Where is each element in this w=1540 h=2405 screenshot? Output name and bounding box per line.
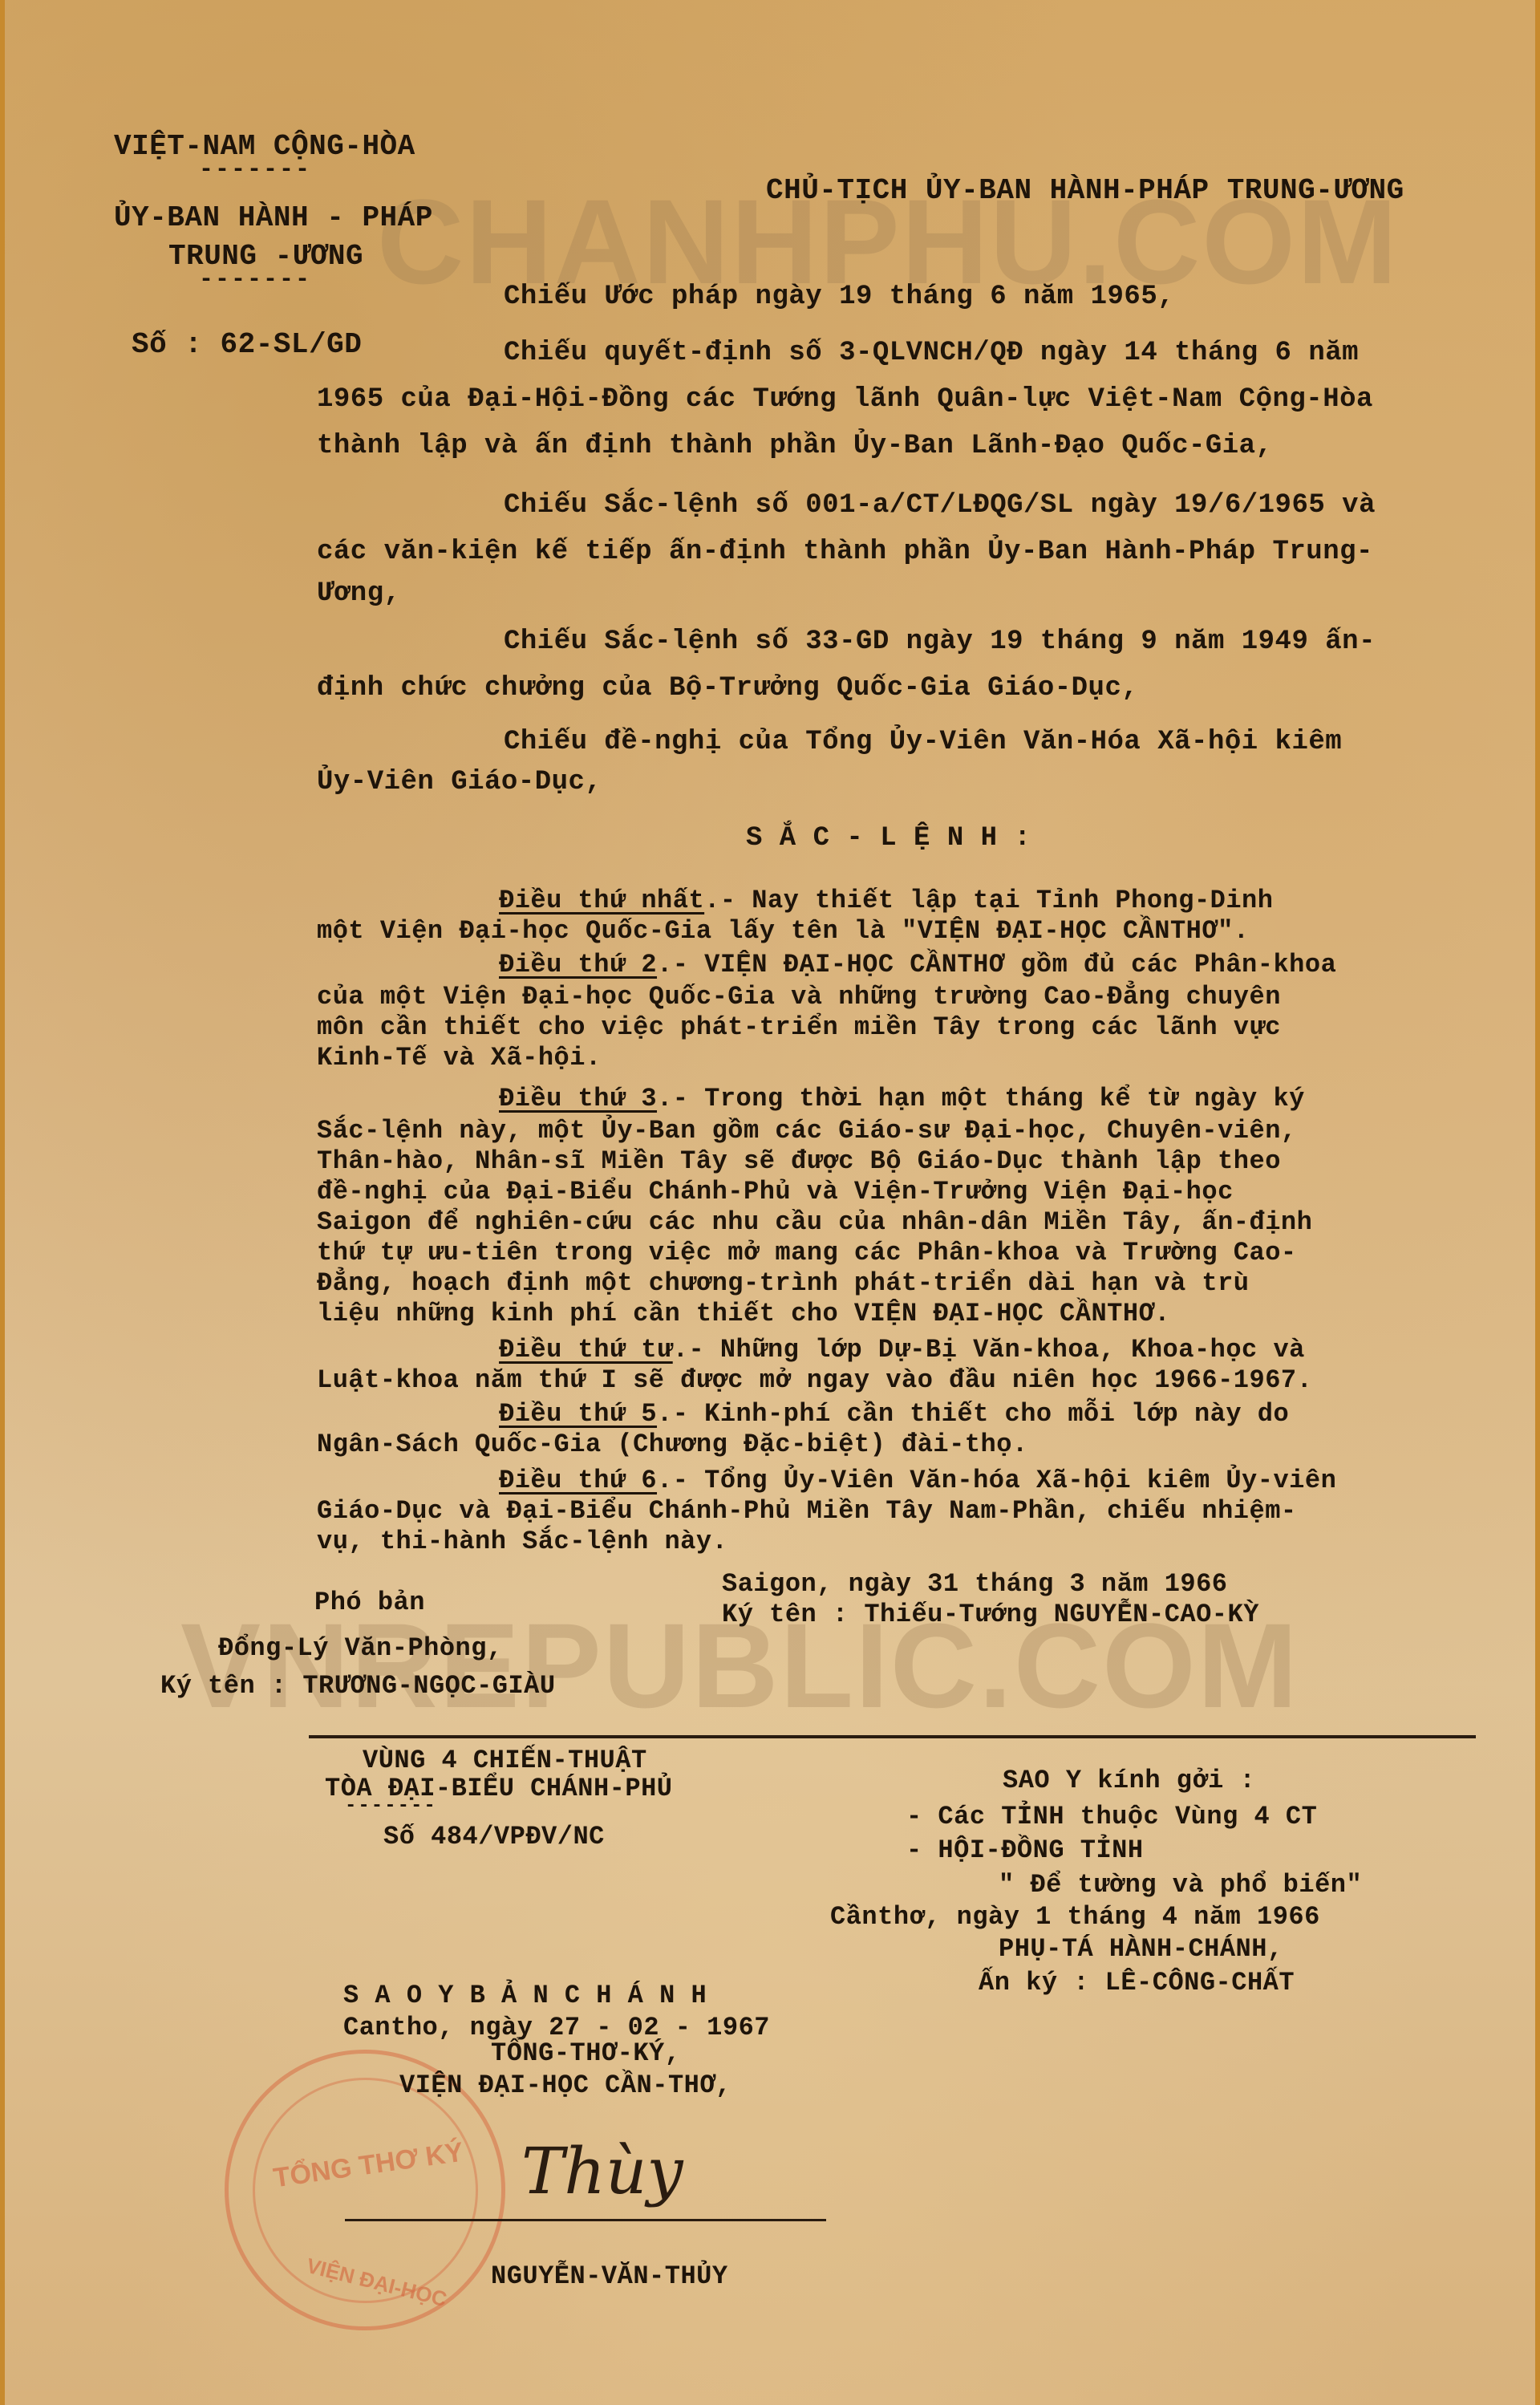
- article-line: thứ tự ưu-tiên trong việc mở mang các Ph…: [317, 1239, 1297, 1267]
- preamble-line: Ương,: [317, 578, 401, 610]
- preamble-line: Chiếu Ước pháp ngày 19 tháng 6 năm 1965,: [504, 281, 1174, 313]
- article-line: Sắc-lệnh này, một Ủy-Ban gồm các Giáo-sư…: [317, 1117, 1297, 1146]
- article-line: Thân-hào, Nhân-sĩ Miền Tây sẽ được Bộ Gi…: [317, 1147, 1281, 1176]
- regional-divider: -------: [345, 1795, 437, 1817]
- article-6-label: Điều thứ 6: [499, 1466, 657, 1495]
- copy-to-title: SAO Y kính gởi :: [1003, 1765, 1255, 1797]
- signing-place-date: Saigon, ngày 31 tháng 3 năm 1966: [722, 1568, 1228, 1600]
- decree-heading: S Ắ C - L Ệ N H :: [746, 822, 1031, 854]
- header-divider-1: -------: [199, 156, 311, 184]
- article-line: Giáo-Dục và Đại-Biểu Chánh-Phủ Miền Tây …: [317, 1497, 1297, 1526]
- article-line: của một Viện Đại-học Quốc-Gia và những t…: [317, 983, 1281, 1012]
- preamble-line: định chức chưởng của Bộ-Trưởng Quốc-Gia …: [317, 672, 1138, 704]
- signing-signed-by: Ký tên : Thiếu-Tướng NGUYỄN-CAO-KỲ: [722, 1599, 1259, 1631]
- certified-signer-name: NGUYỄN-VĂN-THỦY: [491, 2261, 728, 2293]
- article-line: Luật-khoa năm thứ I sẽ được mở ngay vào …: [317, 1366, 1312, 1395]
- preamble-line: Ủy-Viên Giáo-Dục,: [317, 766, 602, 798]
- header-divider-2: -------: [199, 266, 311, 294]
- preamble-line: 1965 của Đại-Hội-Đồng các Tướng lãnh Quâ…: [317, 383, 1373, 416]
- signature-line: [345, 2219, 826, 2221]
- article-line: Đẳng, hoạch định một chương-trình phát-t…: [317, 1269, 1249, 1298]
- regional-place-date: Cầnthơ, ngày 1 tháng 4 năm 1966: [830, 1901, 1320, 1933]
- preamble-line: thành lập và ấn định thành phần Ủy-Ban L…: [317, 430, 1273, 462]
- article-line: một Viện Đại-học Quốc-Gia lấy tên là "VI…: [317, 917, 1249, 946]
- header-agency-line1: ỦY-BAN HÀNH - PHÁP: [114, 202, 433, 234]
- recipient: - HỘI-ĐỒNG TỈNH: [906, 1835, 1144, 1867]
- article-line: liệu những kinh phí cần thiết cho VIỆN Đ…: [317, 1300, 1170, 1328]
- preamble-line: Chiếu đề-nghị của Tổng Ủy-Viên Văn-Hóa X…: [504, 726, 1342, 758]
- certified-institution: VIỆN ĐẠI-HỌC CẦN-THƠ,: [399, 2070, 731, 2102]
- copy-label: Phó bản: [314, 1587, 425, 1619]
- article-2-label: Điều thứ 2: [499, 950, 657, 979]
- certified-copy-title: S A O Y B Ả N C H Á N H: [343, 1980, 707, 2012]
- preamble-line: Chiếu quyết-định số 3-QLVNCH/QĐ ngày 14 …: [504, 337, 1359, 369]
- regional-number: Số 484/VPĐV/NC: [383, 1821, 605, 1853]
- preamble-line: Chiếu Sắc-lệnh số 001-a/CT/LĐQG/SL ngày …: [504, 489, 1376, 521]
- article-3-label: Điều thứ 3: [499, 1084, 657, 1113]
- regional-line1: VÙNG 4 CHIẾN-THUẬT: [363, 1745, 647, 1777]
- handwritten-signature: Thùy: [521, 2134, 683, 2208]
- article-3: Điều thứ 3.- Trong thời hạn một tháng kể…: [499, 1085, 1305, 1113]
- article-1-label: Điều thứ nhất: [499, 886, 704, 915]
- article-line: môn cần thiết cho việc phát-triển miền T…: [317, 1013, 1281, 1042]
- article-4: Điều thứ tư.- Những lớp Dự-Bị Văn-khoa, …: [499, 1336, 1305, 1365]
- preamble-line: Chiếu Sắc-lệnh số 33-GD ngày 19 tháng 9 …: [504, 626, 1376, 658]
- copy-note: " Để tường và phổ biến": [999, 1869, 1362, 1901]
- issuer-title: CHỦ-TỊCH ỦY-BAN HÀNH-PHÁP TRUNG-ƯƠNG: [766, 175, 1404, 207]
- copy-office: Đổng-Lý Văn-Phòng,: [218, 1632, 503, 1665]
- article-line: đề-nghị của Đại-Biểu Chánh-Phủ và Viện-T…: [317, 1178, 1234, 1207]
- certified-position: TỔNG-THƠ-KÝ,: [491, 2038, 680, 2070]
- article-4-label: Điều thứ tư: [499, 1335, 673, 1365]
- regional-signed: Ấn ký : LÊ-CÔNG-CHẤT: [979, 1967, 1295, 1999]
- preamble-line: các văn-kiện kế tiếp ấn-định thành phần …: [317, 536, 1373, 568]
- article-2: Điều thứ 2.- VIỆN ĐẠI-HỌC CẦNTHƠ gồm đủ …: [499, 951, 1336, 979]
- section-divider: [309, 1735, 1476, 1738]
- document-number: Số : 62-SL/GD: [132, 329, 362, 361]
- recipient: - Các TỈNH thuộc Vùng 4 CT: [906, 1801, 1317, 1833]
- paper-edge-right: [1535, 0, 1540, 2405]
- article-line: Saigon để nghiên-cứu các nhu cầu của nhâ…: [317, 1208, 1312, 1237]
- article-line: Ngân-Sách Quốc-Gia (Chương Đặc-biệt) đài…: [317, 1430, 1028, 1459]
- article-line: Kinh-Tế và Xã-hội.: [317, 1044, 602, 1073]
- article-6: Điều thứ 6.- Tổng Ủy-Viên Văn-hóa Xã-hội…: [499, 1466, 1336, 1495]
- article-5: Điều thứ 5.- Kinh-phí cần thiết cho mỗi …: [499, 1400, 1289, 1429]
- copy-signed: Ký tên : TRƯƠNG-NGỌC-GIÀU: [160, 1670, 556, 1702]
- regional-position: PHỤ-TÁ HÀNH-CHÁNH,: [999, 1933, 1283, 1965]
- article-1: Điều thứ nhất.- Nay thiết lập tại Tỉnh P…: [499, 886, 1273, 915]
- article-line: vụ, thi-hành Sắc-lệnh này.: [317, 1527, 727, 1556]
- article-5-label: Điều thứ 5: [499, 1399, 657, 1429]
- paper-edge-left: [0, 0, 5, 2405]
